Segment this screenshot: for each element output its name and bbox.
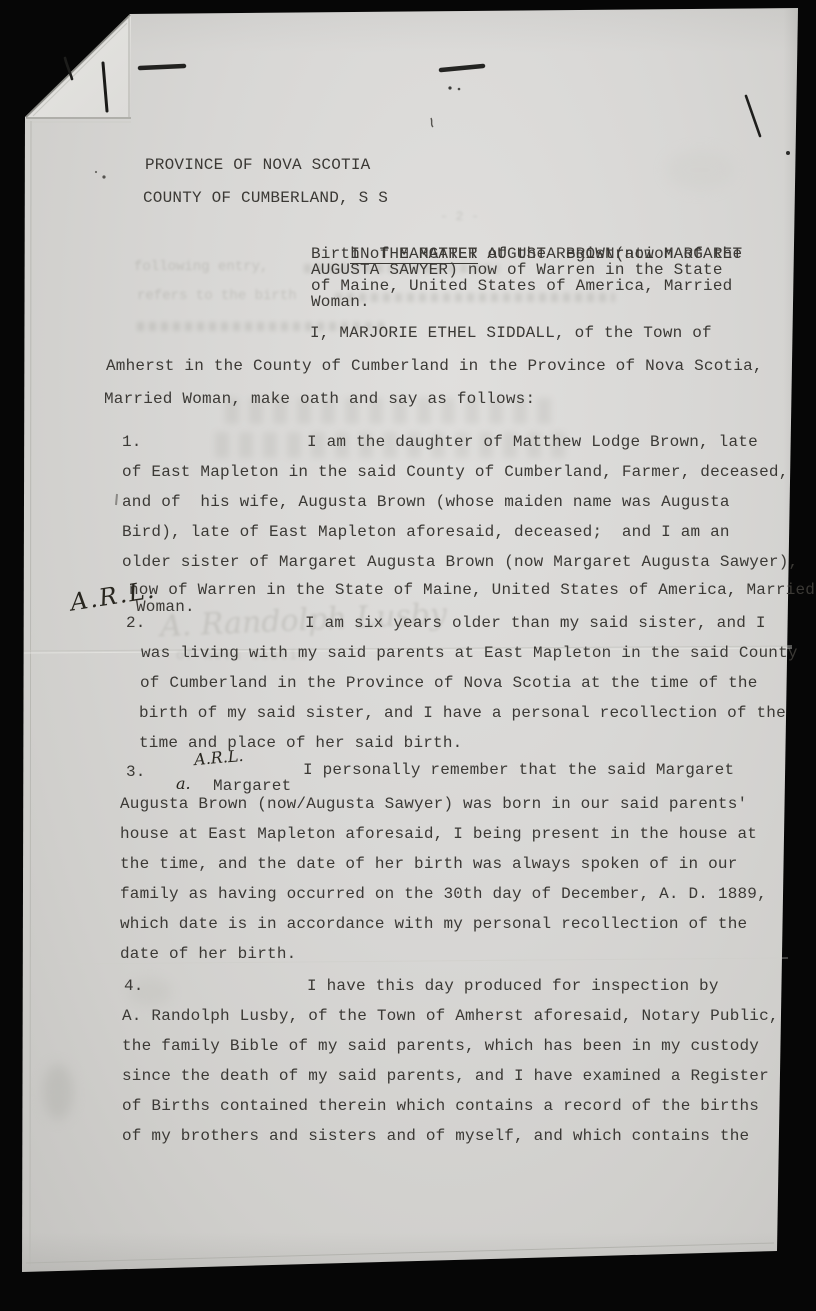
matter-line: AUGUSTA SAWYER) now of Warren in the Sta… — [311, 262, 723, 278]
ink-dash-mark — [441, 66, 483, 70]
para3-inserted-word: Margaret — [213, 776, 291, 796]
para4-line: I have this day produced for inspection … — [307, 976, 719, 996]
ink-dash-mark — [140, 66, 184, 68]
ghost-page-number: - 2 - — [440, 209, 479, 224]
para1-line: older sister of Margaret Augusta Brown (… — [122, 552, 798, 572]
para1-line: and of his wife, Augusta Brown (whose ma… — [122, 492, 730, 512]
ghost-text-line: refers to the birth — [137, 288, 297, 304]
para1-line: I am the daughter of Matthew Lodge Brown… — [307, 432, 758, 452]
opening-line: Married Woman, make oath and say as foll… — [104, 389, 535, 409]
para3-line: the time, and the date of her birth was … — [120, 854, 738, 874]
insertion-letter-handwriting: a. — [176, 774, 191, 793]
ink-speck — [431, 118, 433, 127]
para2-line: of Cumberland in the Province of Nova Sc… — [140, 673, 758, 693]
under-sheet-bottom-edge — [26, 1243, 774, 1263]
para2-number: 2. — [126, 613, 146, 633]
para4-number: 4. — [124, 976, 144, 996]
opening-line: I, MARJORIE ETHEL SIDDALL, of the Town o… — [310, 323, 712, 343]
ink-slash-mark — [746, 96, 760, 136]
para4-line: of my brothers and sisters and of myself… — [122, 1126, 749, 1146]
ink-stroke-mark — [103, 63, 107, 111]
province-line: PROVINCE OF NOVA SCOTIA — [145, 155, 370, 175]
para3-number: 3. — [126, 762, 146, 782]
para4-line: of Births contained therein which contai… — [122, 1096, 759, 1116]
para3-line: family as having occurred on the 30th da… — [120, 884, 767, 904]
para3-line: house at East Mapleton aforesaid, I bein… — [120, 824, 757, 844]
para4-line: A. Randolph Lusby, of the Town of Amhers… — [122, 1006, 779, 1026]
ghost-text-line: following entry, — [134, 259, 268, 275]
fold-diagonal-edge — [26, 15, 130, 117]
smudge — [43, 1064, 73, 1120]
para3-line: date of her birth. — [120, 944, 296, 964]
para3-line: Augusta Brown (now/Augusta Sawyer) was b… — [120, 794, 747, 814]
smudge — [666, 150, 734, 190]
para1-number: 1. — [122, 432, 142, 452]
para4-line: since the death of my said parents, and … — [122, 1066, 769, 1086]
para4-line: the family Bible of my said parents, whi… — [122, 1036, 759, 1056]
para1-line: now of Warren in the State of Maine, Uni… — [129, 580, 815, 600]
para1-line: Bird), late of East Mapleton aforesaid, … — [122, 522, 730, 542]
para1-line: of East Mapleton in the said County of C… — [122, 462, 789, 482]
opening-line: Amherst in the County of Cumberland in t… — [106, 356, 763, 376]
under-sheet-left-edge — [30, 121, 31, 1266]
para3-line: which date is in accordance with my pers… — [120, 914, 747, 934]
para2-line: I am six years older than my said sister… — [305, 613, 766, 633]
matter-line: Woman. — [311, 294, 370, 310]
para2-line: was living with my said parents at East … — [141, 643, 798, 663]
para2-line: time and place of her said birth. — [139, 733, 462, 753]
para2-line: birth of my said sister, and I have a pe… — [139, 703, 786, 723]
scanned-affidavit-page: - 2 - following entry, refers to the bir… — [0, 0, 816, 1311]
matter-line: Birth of MARGARET AUGUSTA BROWN(now MARG… — [311, 246, 742, 262]
matter-line: of Maine, United States of America, Marr… — [311, 278, 732, 294]
para3-line: I personally remember that the said Marg… — [303, 760, 734, 780]
type-smudge — [116, 494, 117, 505]
county-line: COUNTY OF CUMBERLAND, S S — [143, 188, 388, 208]
